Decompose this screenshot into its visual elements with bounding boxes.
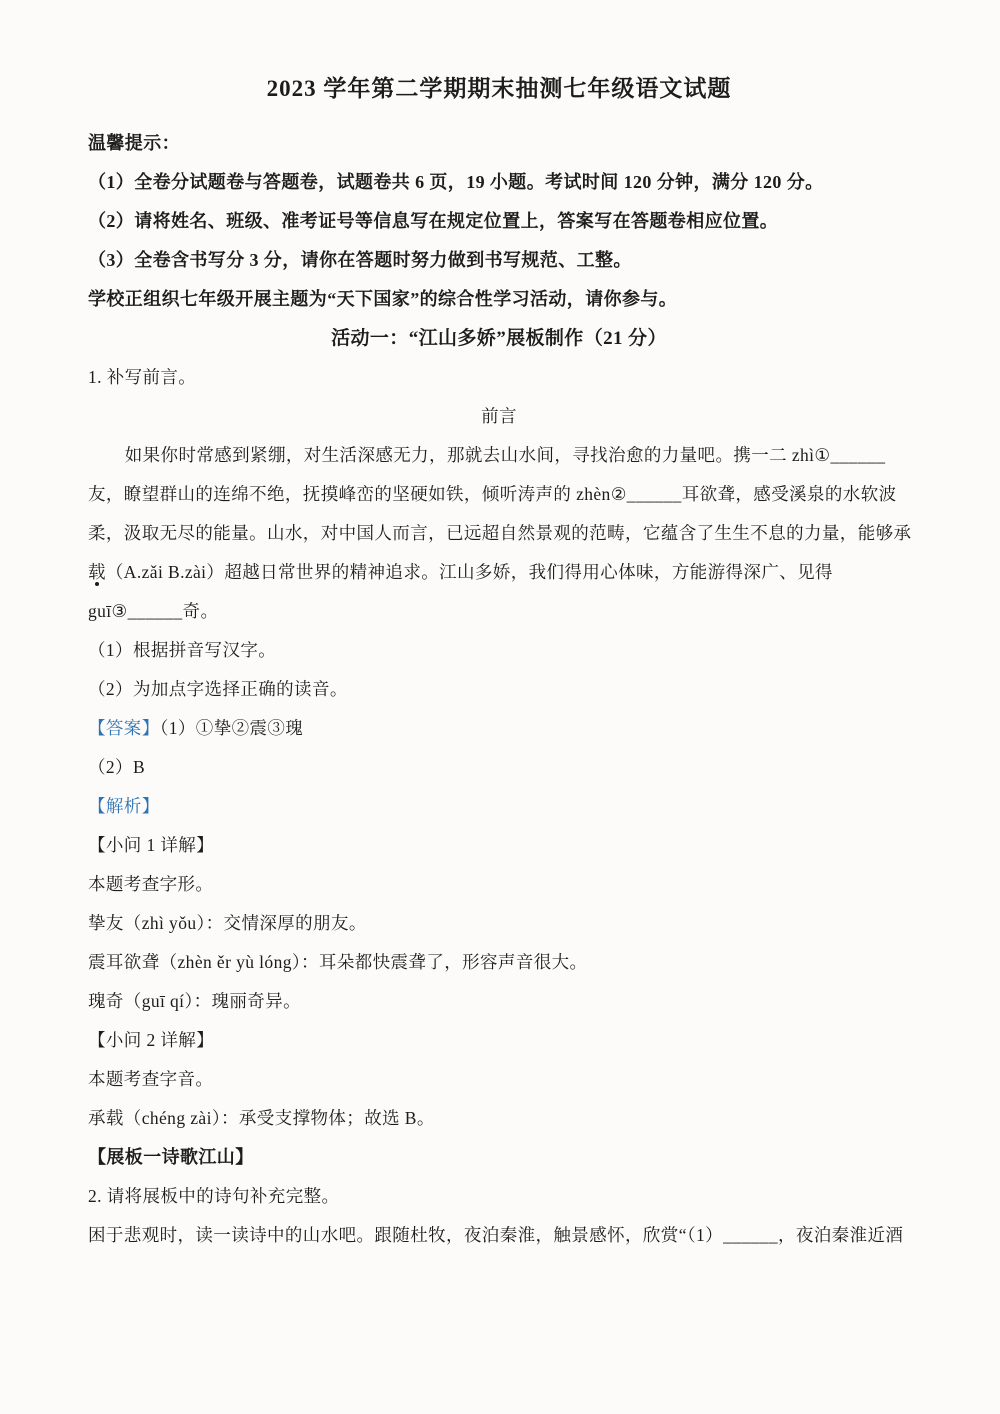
question1-stem: 1. 补写前言。: [88, 358, 910, 397]
preface-line-1: 如果你时常感到紧绷，对生活深感无力，那就去山水间，寻找治愈的力量吧。携一二 zh…: [88, 436, 910, 475]
analysis-detail2-line-1: 本题考查字音。: [88, 1060, 910, 1099]
preface-title: 前言: [88, 397, 910, 436]
analysis-label: 【解析】: [88, 787, 910, 826]
exam-paper-page: 2023 学年第二学期期末抽测七年级语文试题 温馨提示： （1）全卷分试题卷与答…: [0, 0, 1000, 1414]
emphasized-char-zai: 载: [88, 562, 106, 582]
answer-line-2: （2）B: [88, 748, 910, 787]
activity-intro: 学校正组织七年级开展主题为“天下国家”的综合性学习活动，请你参与。: [88, 280, 910, 319]
analysis-detail1-line-4: 瑰奇（guī qí）：瑰丽奇异。: [88, 982, 910, 1021]
board1-heading: 【展板一诗歌江山】: [88, 1138, 910, 1177]
analysis-detail1-line-2: 挚友（zhì yǒu）：交情深厚的朋友。: [88, 904, 910, 943]
preface-line-5: guī③______奇。: [88, 592, 910, 631]
preface-line-4: 载（A.zǎi B.zài）超越日常世界的精神追求。江山多娇，我们得用心体味，方…: [88, 553, 910, 592]
analysis-detail1-line-3: 震耳欲聋（zhèn ěr yù lóng）：耳朵都快震聋了，形容声音很大。: [88, 943, 910, 982]
question2-line-1: 困于悲观时，读一读诗中的山水吧。跟随杜牧，夜泊秦淮，触景感怀，欣赏“（1）___…: [88, 1216, 910, 1255]
answer-label: 【答案】: [88, 718, 160, 738]
question1-sub1: （1）根据拼音写汉字。: [88, 631, 910, 670]
tips-item-1: （1）全卷分试题卷与答题卷，试题卷共 6 页，19 小题。考试时间 120 分钟…: [88, 163, 910, 202]
preface-line-2: 友，瞭望群山的连绵不绝，抚摸峰峦的坚硬如铁，倾听涛声的 zhèn②______耳…: [88, 475, 910, 514]
page-title: 2023 学年第二学期期末抽测七年级语文试题: [88, 72, 910, 106]
tips-heading: 温馨提示：: [88, 124, 910, 163]
preface-line-3: 柔，汲取无尽的能量。山水，对中国人而言，已远超自然景观的范畴，它蕴含了生生不息的…: [88, 514, 910, 553]
question1-sub2: （2）为加点字选择正确的读音。: [88, 670, 910, 709]
tips-item-3: （3）全卷含书写分 3 分，请你在答题时努力做到书写规范、工整。: [88, 241, 910, 280]
answer-part-1: （1）①挚②震③瑰: [160, 718, 304, 738]
activity1-heading: 活动一：“江山多娇”展板制作（21 分）: [88, 319, 910, 358]
analysis-detail1-heading: 【小问 1 详解】: [88, 826, 910, 865]
analysis-detail1-line-1: 本题考查字形。: [88, 865, 910, 904]
analysis-detail2-heading: 【小问 2 详解】: [88, 1021, 910, 1060]
preface-line-4-rest: （A.zǎi B.zài）超越日常世界的精神追求。江山多娇，我们得用心体味，方能…: [106, 562, 833, 582]
answer-line-1: 【答案】（1）①挚②震③瑰: [88, 709, 910, 748]
question2-stem: 2. 请将展板中的诗句补充完整。: [88, 1177, 910, 1216]
tips-item-2: （2）请将姓名、班级、准考证号等信息写在规定位置上，答案写在答题卷相应位置。: [88, 202, 910, 241]
analysis-detail2-line-2: 承载（chéng zài）：承受支撑物体；故选 B。: [88, 1099, 910, 1138]
